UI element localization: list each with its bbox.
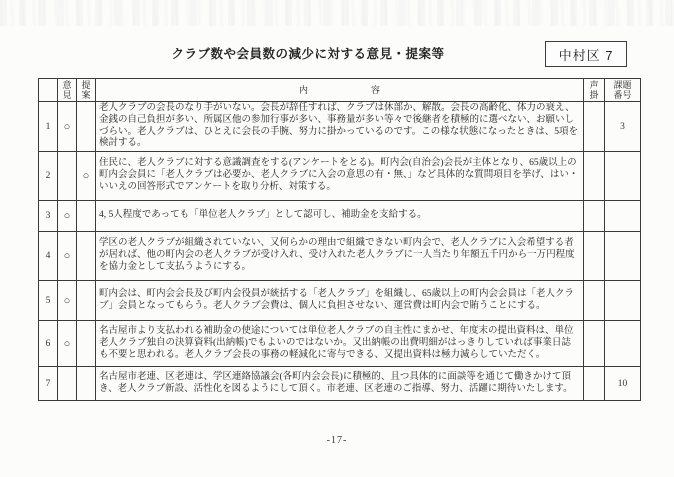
- header-row-number: [39, 79, 58, 102]
- row-number: 5: [39, 281, 58, 321]
- issue-number: 3: [605, 102, 641, 152]
- opinion-mark: ○: [58, 281, 77, 321]
- issue-number: [605, 201, 641, 232]
- koegake-cell: [584, 232, 605, 281]
- issue-number: [605, 152, 641, 201]
- table-row: 2 ○ 住民に、老人クラブに対する意識調査をする(アンケートをとる)。町内会(自…: [39, 152, 641, 201]
- koegake-cell: [584, 201, 605, 232]
- content-text: 老人クラブの会長のなり手がいない。会長が辞任すれば、クラブは休部か、解散。会長の…: [96, 102, 584, 152]
- proposal-mark: [77, 281, 96, 321]
- header-opinion: 意 見: [58, 79, 77, 102]
- feedback-table: 意 見 提 案 内 容 声 掛 課題 番号 1 ○ 老人クラブの会長のなり手がい…: [38, 78, 641, 401]
- ward-label-box: 中村区 7: [545, 41, 627, 67]
- table-row: 3 ○ 4, 5人程度であっても「単位老人クラブ」として認可し、補助金を支給する…: [39, 201, 641, 232]
- row-number: 7: [39, 367, 58, 401]
- opinion-mark: ○: [58, 102, 77, 152]
- table-header-row: 意 見 提 案 内 容 声 掛 課題 番号: [39, 79, 641, 102]
- opinion-mark: ○: [58, 321, 77, 367]
- ward-label: 中村区 7: [559, 45, 614, 64]
- proposal-mark: [77, 321, 96, 367]
- row-number: 3: [39, 201, 58, 232]
- content-text: 名古屋市老連、区老連は、学区連絡協議会(各町内会会長)に積極的、且つ具体的に面談…: [96, 367, 584, 401]
- koegake-cell: [584, 102, 605, 152]
- table-row: 1 ○ 老人クラブの会長のなり手がいない。会長が辞任すれば、クラブは休部か、解散…: [39, 102, 641, 152]
- table-row: 4 ○ 学区の老人クラブが組織されていない、又何らかの理由で組織できない町内会で…: [39, 232, 641, 281]
- table-row: 5 ○ 町内会は、町内会会長及び町内会役員が統括する「老人クラブ」を組織し、65…: [39, 281, 641, 321]
- content-text: 住民に、老人クラブに対する意識調査をする(アンケートをとる)。町内会(自治会)会…: [96, 152, 584, 201]
- row-number: 1: [39, 102, 58, 152]
- opinion-mark: [58, 367, 77, 401]
- issue-number: [605, 232, 641, 281]
- scanned-document-page: { "page": { "title": "クラブ数や会員数の減少に対する意見・…: [0, 0, 674, 477]
- header-proposal: 提 案: [77, 79, 96, 102]
- content-text: 町内会は、町内会会長及び町内会役員が統括する「老人クラブ」を組織し、65歳以上の…: [96, 281, 584, 321]
- page-title: クラブ数や会員数の減少に対する意見・提案等: [38, 44, 578, 62]
- issue-number: [605, 321, 641, 367]
- table-row: 6 ○ 名古屋市より支払われる補助金の使途については単位老人クラブの自主性にまか…: [39, 321, 641, 367]
- opinion-mark: ○: [58, 232, 77, 281]
- row-number: 2: [39, 152, 58, 201]
- row-number: 4: [39, 232, 58, 281]
- opinion-mark: ○: [58, 201, 77, 232]
- proposal-mark: [77, 367, 96, 401]
- header-issue-number: 課題 番号: [605, 79, 641, 102]
- proposal-mark: ○: [77, 152, 96, 201]
- page-number: -17-: [0, 435, 674, 446]
- proposal-mark: [77, 102, 96, 152]
- koegake-cell: [584, 321, 605, 367]
- proposal-mark: [77, 232, 96, 281]
- issue-number: [605, 281, 641, 321]
- content-text: 学区の老人クラブが組織されていない、又何らかの理由で組織できない町内会で、老人ク…: [96, 232, 584, 281]
- opinion-mark: [58, 152, 77, 201]
- koegake-cell: [584, 367, 605, 401]
- table-row: 7 名古屋市老連、区老連は、学区連絡協議会(各町内会会長)に積極的、且つ具体的に…: [39, 367, 641, 401]
- scan-noise-artifact: [0, 0, 674, 26]
- header-koegake: 声 掛: [584, 79, 605, 102]
- koegake-cell: [584, 281, 605, 321]
- issue-number: 10: [605, 367, 641, 401]
- row-number: 6: [39, 321, 58, 367]
- header-content: 内 容: [96, 79, 584, 102]
- content-text: 名古屋市より支払われる補助金の使途については単位老人クラブの自主性にまかせ、年度…: [96, 321, 584, 367]
- proposal-mark: [77, 201, 96, 232]
- koegake-cell: [584, 152, 605, 201]
- content-text: 4, 5人程度であっても「単位老人クラブ」として認可し、補助金を支給する。: [96, 201, 584, 232]
